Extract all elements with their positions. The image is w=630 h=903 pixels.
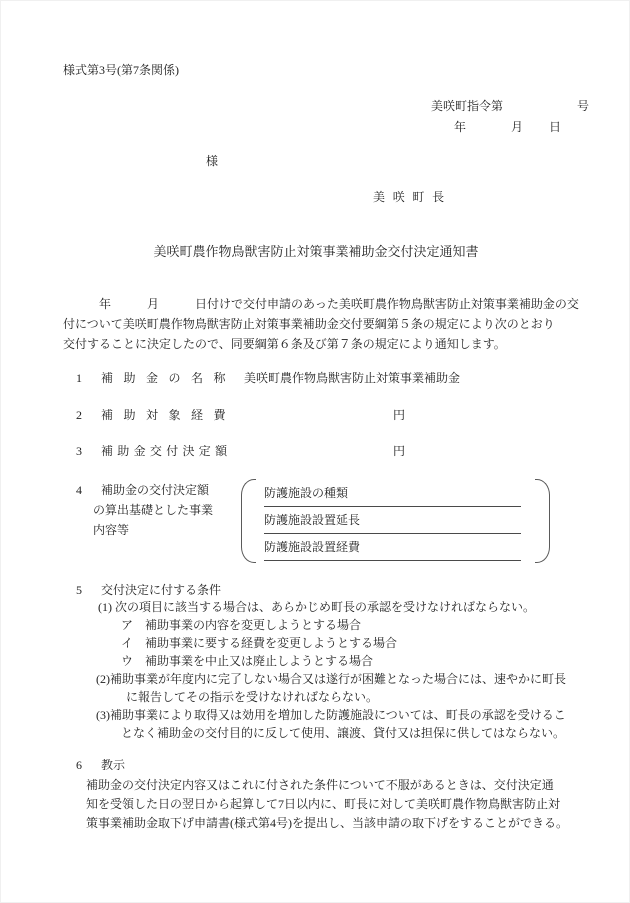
section-6-line-1: 補助金の交付決定内容又はこれに付された条件について不服があるときは、交付決定通	[86, 779, 554, 792]
condition-2-cont: に報告してその指示を受けなければならない。	[126, 691, 378, 704]
item-4-number: 4	[76, 484, 101, 497]
date-day-label: 日	[549, 120, 561, 134]
section-5-number: 5	[76, 584, 101, 597]
item-2-row: 2補助対象経費円	[76, 409, 405, 422]
field-facility-type: 防護施設の種類	[264, 484, 521, 507]
section-6-heading-row: 6教示	[76, 759, 125, 772]
section-5-heading: 交付決定に付する条件	[101, 583, 221, 597]
date-line: 年月日	[454, 121, 561, 134]
form-number: 様式第3号(第7条関係)	[63, 64, 179, 77]
condition-3-cont: となく補助金の交付目的に反して使用、譲渡、貸付又は担保に供してはならない。	[121, 727, 565, 740]
item-4-label-line-1: 4補助金の交付決定額	[76, 484, 209, 497]
intro-line-1: 年 月 日付けで交付申請のあった美咲町農作物鳥獣害防止対策事業補助金の交	[63, 298, 579, 311]
section-6-line-3: 策事業補助金取下げ申請書(様式第4号)を提出し、当該申請の取下げをすることができ…	[86, 817, 568, 830]
condition-1-c: ウ 補助事業を中止又は廃止しようとする場合	[121, 655, 373, 668]
recipient-honorific: 様	[206, 155, 218, 168]
item-4-label-text-1: 補助金の交付決定額	[101, 483, 209, 497]
item-3-number: 3	[76, 445, 101, 458]
date-year-label: 年	[454, 120, 466, 134]
directive-prefix: 美咲町指令第	[431, 99, 503, 113]
condition-1: (1) 次の項目に該当する場合は、あらかじめ町長の承認を受けなければならない。	[98, 601, 535, 614]
document-title: 美咲町農作物鳥獣害防止対策事業補助金交付決定通知書	[1, 245, 630, 258]
field-installation-cost: 防護施設設置経費	[264, 538, 521, 561]
right-bracket	[535, 479, 550, 563]
item-1-label: 補助金の名称	[101, 372, 228, 385]
item-1-value: 美咲町農作物鳥獣害防止対策事業補助金	[244, 371, 460, 385]
intro-line-2: 付について美咲町農作物鳥獣害防止対策事業補助金交付要綱第５条の規定により次のとお…	[63, 318, 555, 331]
item-3-unit: 円	[393, 444, 405, 458]
item-3-row: 3補助金交付決定額円	[76, 445, 405, 458]
item-3-label: 補助金交付決定額	[101, 445, 228, 458]
condition-3: (3)補助事業により取得又は効用を増加した防護施設については、町長の承認を受ける…	[96, 709, 566, 722]
item-1-number: 1	[76, 372, 101, 385]
issuer-title: 美咲町長	[373, 191, 452, 204]
section-6-line-2: 知を受領した日の翌日から起算して7日以内に、町長に対して美咲町農作物鳥獣害防止対	[86, 798, 560, 811]
item-4-label-line-2: の算出基礎とした事業	[93, 504, 213, 517]
item-2-unit: 円	[393, 408, 405, 422]
item-4-label-line-3: 内容等	[93, 524, 129, 537]
section-6-heading: 教示	[101, 758, 125, 772]
field-facility-type-label: 防護施設の種類	[264, 486, 348, 500]
condition-1-a: ア 補助事業の内容を変更しようとする場合	[121, 619, 361, 632]
field-installation-cost-label: 防護施設設置経費	[264, 540, 360, 554]
condition-1-b: イ 補助事業に要する経費を変更しようとする場合	[121, 637, 397, 650]
section-6-number: 6	[76, 759, 101, 772]
date-month-label: 月	[511, 120, 523, 134]
item-2-number: 2	[76, 409, 101, 422]
directive-suffix: 号	[577, 99, 589, 113]
document-page: 様式第3号(第7条関係) 美咲町指令第号 年月日 様 美咲町長 美咲町農作物鳥獣…	[0, 0, 630, 903]
item-1-row: 1補助金の名称美咲町農作物鳥獣害防止対策事業補助金	[76, 372, 460, 385]
left-bracket	[241, 479, 256, 563]
directive-number-line: 美咲町指令第号	[431, 100, 589, 113]
intro-line-3: 交付することに決定したので、同要綱第６条及び第７条の規定により通知します。	[63, 338, 506, 351]
item-2-label: 補助対象経費	[101, 409, 228, 422]
field-installation-length: 防護施設設置延長	[264, 511, 521, 534]
field-installation-length-label: 防護施設設置延長	[264, 513, 360, 527]
condition-2: (2)補助事業が年度内に完了しない場合又は遂行が困難となった場合には、速やかに町…	[96, 673, 566, 686]
section-5-heading-row: 5交付決定に付する条件	[76, 584, 221, 597]
